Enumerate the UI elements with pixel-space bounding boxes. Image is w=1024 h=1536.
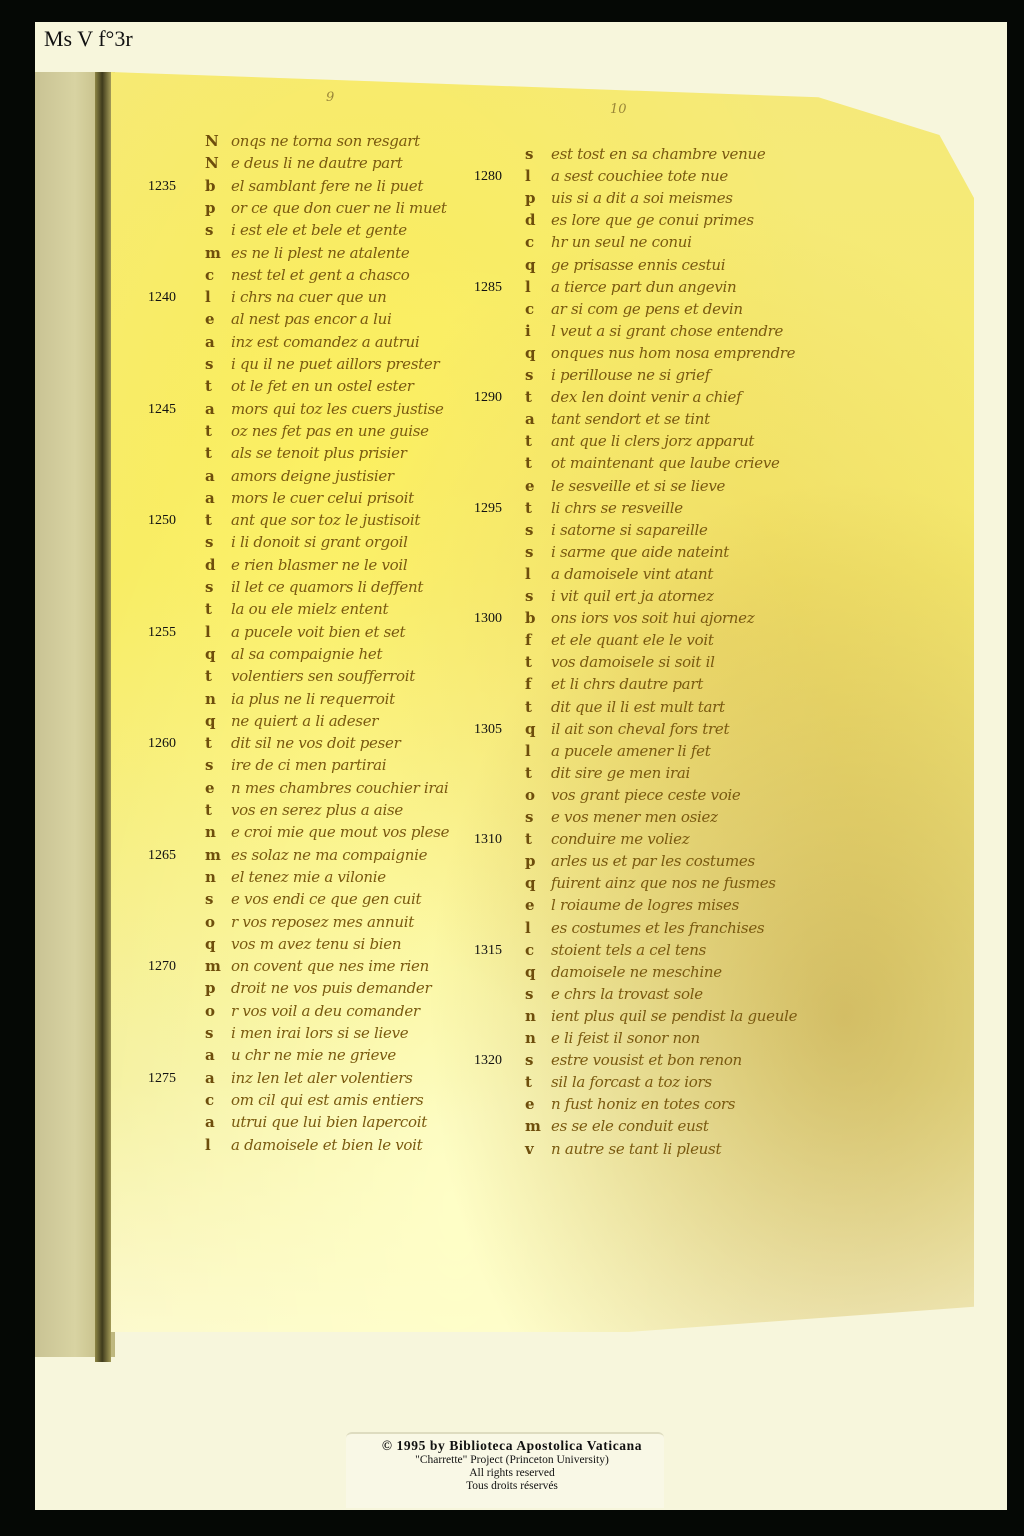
capital-initial: s <box>525 145 551 163</box>
capital-initial: s <box>205 355 231 373</box>
line-number: 1240 <box>148 290 176 306</box>
verse-line: parles us et par les costumes <box>525 852 755 874</box>
verse-text: i est ele et bele et gente <box>231 221 407 239</box>
verse-line: amors le cuer celui prisoit <box>205 489 414 511</box>
verse-line: bel samblant fere ne li puet <box>205 177 423 199</box>
verse-text: vos grant piece ceste voie <box>551 786 741 804</box>
verse-line: il veut a si grant chose entendre <box>525 322 783 344</box>
verse-line: nia plus ne li requerroit <box>205 690 395 712</box>
capital-initial: t <box>205 377 231 395</box>
capital-initial: t <box>525 432 551 450</box>
verse-line: tconduire me voliez <box>525 830 689 852</box>
line-number: 1235 <box>148 179 176 195</box>
capital-initial: d <box>205 556 231 574</box>
verse-line: si vit quil ert ja atornez <box>525 587 714 609</box>
verse-line: se chrs la trovast sole <box>525 985 703 1007</box>
verse-text: n fust honiz en totes cors <box>551 1095 735 1113</box>
column-number-left: 9 <box>326 90 334 105</box>
verse-text: conduire me voliez <box>551 830 689 848</box>
capital-initial: d <box>525 211 551 229</box>
verse-text: la ou ele mielz entent <box>231 600 388 618</box>
capital-initial: s <box>525 808 551 826</box>
verse-line: cstoient tels a cel tens <box>525 941 706 963</box>
verse-line: qil ait son cheval fors tret <box>525 720 729 742</box>
line-number: 1305 <box>474 722 502 738</box>
capital-initial: l <box>205 623 231 641</box>
capital-initial: p <box>525 852 551 870</box>
capital-initial: s <box>205 890 231 908</box>
verse-text: vos en serez plus a aise <box>231 801 403 819</box>
rights-french: Tous droits réservés <box>352 1480 672 1493</box>
capital-initial: q <box>205 935 231 953</box>
capital-initial: n <box>525 1029 551 1047</box>
verse-text: e li feist il sonor non <box>551 1029 700 1047</box>
verse-line: tdit que il li est mult tart <box>525 698 725 720</box>
verse-line: nel tenez mie a vilonie <box>205 868 386 890</box>
capital-initial: v <box>525 1140 551 1158</box>
verse-text: oz nes fet pas en une guise <box>231 422 429 440</box>
verse-line: tals se tenoit plus prisier <box>205 444 407 466</box>
verse-line: ainz est comandez a autrui <box>205 333 419 355</box>
verse-text: hr un seul ne conui <box>551 233 692 251</box>
verse-line: com cil qui est amis entiers <box>205 1091 423 1113</box>
verse-text: n mes chambres couchier irai <box>231 779 448 797</box>
verse-text: onqs ne torna son resgart <box>231 132 420 150</box>
capital-initial: l <box>525 742 551 760</box>
line-number: 1270 <box>148 959 176 975</box>
capital-initial: q <box>205 645 231 663</box>
verse-line: qfuirent ainz que nos ne fusmes <box>525 874 776 896</box>
capital-initial: s <box>205 221 231 239</box>
verse-text: es solaz ne ma compaignie <box>231 846 427 864</box>
verse-text: r vos voil a deu comander <box>231 1002 420 1020</box>
verse-line: nient plus quil se pendist la gueule <box>525 1007 797 1029</box>
capital-initial: m <box>205 957 231 975</box>
capital-initial: f <box>525 631 551 649</box>
capital-initial: s <box>525 521 551 539</box>
verse-text: inz len let aler volentiers <box>231 1069 413 1087</box>
verse-text: ient plus quil se pendist la gueule <box>551 1007 797 1025</box>
verse-text: el tenez mie a vilonie <box>231 868 386 886</box>
verse-text: als se tenoit plus prisier <box>231 444 407 462</box>
verse-text: ot le fet en un ostel ester <box>231 377 414 395</box>
line-number: 1295 <box>474 501 502 517</box>
verse-text: nest tel et gent a chasco <box>231 266 409 284</box>
capital-initial: t <box>205 734 231 752</box>
capital-initial: l <box>525 167 551 185</box>
verse-line: des lore que ge conui primes <box>525 211 754 233</box>
verse-text: a pucele voit bien et set <box>231 623 405 641</box>
line-number: 1260 <box>148 736 176 752</box>
verse-line: tli chrs se resveille <box>525 499 683 521</box>
capital-initial: a <box>205 1069 231 1087</box>
verse-line: Nonqs ne torna son resgart <box>205 132 420 154</box>
verse-line: si est ele et bele et gente <box>205 221 407 243</box>
verse-text: ne quiert a li adeser <box>231 712 378 730</box>
line-number: 1285 <box>474 280 502 296</box>
verse-line: bons iors vos soit hui ajornez <box>525 609 754 631</box>
verse-text: et ele quant ele le voit <box>551 631 714 649</box>
verse-line: la sest couchiee tote nue <box>525 167 728 189</box>
capital-initial: c <box>205 266 231 284</box>
verse-text: a tierce part dun angevin <box>551 278 736 296</box>
verse-text: vos damoisele si soit il <box>551 653 715 671</box>
verse-line: por ce que don cuer ne li muet <box>205 199 447 221</box>
capital-initial: t <box>525 698 551 716</box>
verse-line: sil let ce quamors li deffent <box>205 578 423 600</box>
capital-initial: m <box>205 244 231 262</box>
verse-line: mes ne li plest ne atalente <box>205 244 409 266</box>
verse-text: es costumes et les franchises <box>551 919 764 937</box>
capital-initial: t <box>525 764 551 782</box>
capital-initial: s <box>525 543 551 561</box>
verse-line: tdit sire ge men irai <box>525 764 690 786</box>
verse-text: i perillouse ne si grief <box>551 366 710 384</box>
verse-line: cnest tel et gent a chasco <box>205 266 409 288</box>
verse-line: de rien blasmer ne le voil <box>205 556 407 578</box>
verse-text: es lore que ge conui primes <box>551 211 754 229</box>
verse-line: si men irai lors si se lieve <box>205 1024 408 1046</box>
capital-initial: l <box>525 565 551 583</box>
verse-line: se vos mener men osiez <box>525 808 718 830</box>
capital-initial: m <box>525 1117 551 1135</box>
verse-line: tvos en serez plus a aise <box>205 801 403 823</box>
verse-text: es se ele conduit eust <box>551 1117 709 1135</box>
verse-line: fet ele quant ele le voit <box>525 631 714 653</box>
verse-line: se vos endi ce que gen cuit <box>205 890 421 912</box>
verse-line: sestre vousist et bon renon <box>525 1051 742 1073</box>
verse-line: si qu il ne puet aillors prester <box>205 355 439 377</box>
verse-line: vn autre se tant li pleust <box>525 1140 721 1162</box>
capital-initial: q <box>525 256 551 274</box>
verse-text: utrui que lui bien lapercoit <box>231 1113 427 1131</box>
verse-line: Ne deus li ne dautre part <box>205 154 403 176</box>
verse-text: volentiers sen soufferroit <box>231 667 415 685</box>
capital-initial: l <box>525 278 551 296</box>
verse-text: vos m avez tenu si bien <box>231 935 401 953</box>
line-number: 1275 <box>148 1071 176 1087</box>
capital-initial: t <box>525 499 551 517</box>
verse-text: arles us et par les costumes <box>551 852 755 870</box>
capital-initial: c <box>205 1091 231 1109</box>
verse-text: i vit quil ert ja atornez <box>551 587 714 605</box>
verse-text: e vos endi ce que gen cuit <box>231 890 421 908</box>
verse-line: tot maintenant que laube crieve <box>525 454 780 476</box>
verse-text: e chrs la trovast sole <box>551 985 703 1003</box>
capital-initial: a <box>205 1046 231 1064</box>
capital-initial: t <box>525 653 551 671</box>
capital-initial: s <box>525 1051 551 1069</box>
verse-text: li chrs se resveille <box>551 499 683 517</box>
capital-initial: m <box>205 846 231 864</box>
verse-text: est tost en sa chambre venue <box>551 145 765 163</box>
verse-text: ar si com ge pens et devin <box>551 300 743 318</box>
verse-line: la damoisele et bien le voit <box>205 1136 422 1158</box>
binding-gutter <box>95 72 111 1362</box>
verse-text: a pucele amener li fet <box>551 742 710 760</box>
capital-initial: o <box>525 786 551 804</box>
verse-text: e rien blasmer ne le voil <box>231 556 407 574</box>
verse-line: mes se ele conduit eust <box>525 1117 709 1139</box>
line-number: 1265 <box>148 848 176 864</box>
capital-initial: a <box>205 333 231 351</box>
capital-initial: q <box>205 712 231 730</box>
verse-line: la damoisele vint atant <box>525 565 713 587</box>
verse-line: qne quiert a li adeser <box>205 712 378 734</box>
verse-line: la pucele amener li fet <box>525 742 710 764</box>
line-number: 1255 <box>148 625 176 641</box>
line-number: 1280 <box>474 169 502 185</box>
verse-line: sire de ci men partirai <box>205 756 386 778</box>
verse-line: el roiaume de logres mises <box>525 896 739 918</box>
verse-line: chr un seul ne conui <box>525 233 692 255</box>
verse-text: inz est comandez a autrui <box>231 333 419 351</box>
capital-initial: t <box>205 422 231 440</box>
verse-line: amors qui toz les cuers justise <box>205 400 444 422</box>
verse-text: e vos mener men osiez <box>551 808 718 826</box>
capital-initial: t <box>205 801 231 819</box>
capital-initial: t <box>205 600 231 618</box>
capital-initial: s <box>525 366 551 384</box>
line-number: 1315 <box>474 943 502 959</box>
verse-text: tant sendort et se tint <box>551 410 710 428</box>
project-credit: "Charrette" Project (Princeton Universit… <box>352 1454 672 1467</box>
capital-initial: s <box>525 985 551 1003</box>
verse-text: e deus li ne dautre part <box>231 154 403 172</box>
verse-line: mon covent que nes ime rien <box>205 957 429 979</box>
verse-line: en fust honiz en totes cors <box>525 1095 735 1117</box>
capital-initial: s <box>525 587 551 605</box>
verse-text: al sa compaignie het <box>231 645 382 663</box>
verse-text: el samblant fere ne li puet <box>231 177 423 195</box>
verse-line: sest tost en sa chambre venue <box>525 145 765 167</box>
verse-line: mes solaz ne ma compaignie <box>205 846 427 868</box>
verse-line: aamors deigne justisier <box>205 467 394 489</box>
verse-text: stoient tels a cel tens <box>551 941 706 959</box>
verse-line: pdroit ne vos puis demander <box>205 979 431 1001</box>
verse-line: ne li feist il sonor non <box>525 1029 700 1051</box>
capital-initial: a <box>205 467 231 485</box>
verse-text: amors deigne justisier <box>231 467 394 485</box>
verse-text: il let ce quamors li deffent <box>231 578 423 596</box>
verse-text: i men irai lors si se lieve <box>231 1024 408 1042</box>
capital-initial: e <box>525 477 551 495</box>
verse-text: i sarme que aide nateint <box>551 543 729 561</box>
verse-line: ovos grant piece ceste voie <box>525 786 741 808</box>
verse-line: qvos m avez tenu si bien <box>205 935 401 957</box>
capital-initial: t <box>525 454 551 472</box>
verse-line: si li donoit si grant orgoil <box>205 533 408 555</box>
verse-line: la pucele voit bien et set <box>205 623 405 645</box>
capital-initial: t <box>205 444 231 462</box>
capital-initial: t <box>525 1073 551 1091</box>
verse-text: dex len doint venir a chief <box>551 388 741 406</box>
capital-initial: a <box>205 489 231 507</box>
capital-initial: q <box>525 874 551 892</box>
verse-text: a sest couchiee tote nue <box>551 167 728 185</box>
capital-initial: b <box>205 177 231 195</box>
capital-initial: t <box>525 388 551 406</box>
capital-initial: l <box>525 919 551 937</box>
verse-text: on covent que nes ime rien <box>231 957 429 975</box>
line-number: 1250 <box>148 513 176 529</box>
capital-initial: s <box>205 533 231 551</box>
verse-line: tdex len doint venir a chief <box>525 388 741 410</box>
verse-line: qal sa compaignie het <box>205 645 382 667</box>
verse-text: l roiaume de logres mises <box>551 896 739 914</box>
verse-text: droit ne vos puis demander <box>231 979 431 997</box>
capital-initial: s <box>205 1024 231 1042</box>
copyright-holder: © 1995 by Biblioteca Apostolica Vaticana <box>352 1438 672 1454</box>
verse-text: dit sil ne vos doit peser <box>231 734 400 752</box>
verse-line: les costumes et les franchises <box>525 919 764 941</box>
verse-line: toz nes fet pas en une guise <box>205 422 429 444</box>
verse-text: u chr ne mie ne grieve <box>231 1046 396 1064</box>
capital-initial: N <box>205 154 231 172</box>
verse-text: r vos reposez mes annuit <box>231 913 414 931</box>
verse-text: uis si a dit a soi meismes <box>551 189 733 207</box>
verse-line: tsil la forcast a toz iors <box>525 1073 712 1095</box>
verse-line: ne croi mie que mout vos plese <box>205 823 449 845</box>
capital-initial: p <box>525 189 551 207</box>
verse-text: ons iors vos soit hui ajornez <box>551 609 754 627</box>
verse-line: fet li chrs dautre part <box>525 675 703 697</box>
capital-initial: o <box>205 1002 231 1020</box>
line-number: 1300 <box>474 611 502 627</box>
verse-text: ant que sor toz le justisoit <box>231 511 420 529</box>
verse-text: le sesveille et si se lieve <box>551 477 725 495</box>
verse-line: ainz len let aler volentiers <box>205 1069 413 1091</box>
line-number: 1245 <box>148 402 176 418</box>
verse-text: a damoisele et bien le voit <box>231 1136 422 1154</box>
verse-text: et li chrs dautre part <box>551 675 703 693</box>
rights-english: All rights reserved <box>352 1467 672 1480</box>
verse-line: tla ou ele mielz entent <box>205 600 388 622</box>
verse-line: atant sendort et se tint <box>525 410 710 432</box>
capital-initial: s <box>205 756 231 774</box>
capital-initial: N <box>205 132 231 150</box>
capital-initial: p <box>205 199 231 217</box>
verse-line: eal nest pas encor a lui <box>205 310 392 332</box>
verse-line: ele sesveille et si se lieve <box>525 477 725 499</box>
copyright-notice: © 1995 by Biblioteca Apostolica Vaticana… <box>352 1438 672 1493</box>
capital-initial: e <box>205 779 231 797</box>
capital-initial: p <box>205 979 231 997</box>
capital-initial: e <box>525 1095 551 1113</box>
capital-initial: a <box>205 1113 231 1131</box>
verse-line: autrui que lui bien lapercoit <box>205 1113 427 1135</box>
verse-line: or vos reposez mes annuit <box>205 913 414 935</box>
verse-text: dit sire ge men irai <box>551 764 690 782</box>
verse-text: damoisele ne meschine <box>551 963 722 981</box>
verse-text: estre vousist et bon renon <box>551 1051 742 1069</box>
capital-initial: q <box>525 344 551 362</box>
verse-line: si perillouse ne si grief <box>525 366 710 388</box>
verse-line: tvos damoisele si soit il <box>525 653 715 675</box>
verse-line: qonques nus hom nosa emprendre <box>525 344 795 366</box>
capital-initial: l <box>205 1136 231 1154</box>
capital-initial: s <box>205 578 231 596</box>
verse-text: il ait son cheval fors tret <box>551 720 729 738</box>
verse-line: car si com ge pens et devin <box>525 300 743 322</box>
verse-text: mors le cuer celui prisoit <box>231 489 414 507</box>
capital-initial: o <box>205 913 231 931</box>
capital-initial: e <box>205 310 231 328</box>
capital-initial: t <box>525 830 551 848</box>
column-number-right: 10 <box>610 102 627 117</box>
verse-text: or ce que don cuer ne li muet <box>231 199 447 217</box>
capital-initial: n <box>205 868 231 886</box>
verse-text: ge prisasse ennis cestui <box>551 256 725 274</box>
verse-text: n autre se tant li pleust <box>551 1140 721 1158</box>
verse-text: i li donoit si grant orgoil <box>231 533 408 551</box>
verse-text: e croi mie que mout vos plese <box>231 823 449 841</box>
verse-text: om cil qui est amis entiers <box>231 1091 423 1109</box>
capital-initial: c <box>525 941 551 959</box>
verse-line: si satorne si sapareille <box>525 521 708 543</box>
verse-line: la tierce part dun angevin <box>525 278 736 300</box>
verse-line: tvolentiers sen soufferroit <box>205 667 415 689</box>
verse-line: au chr ne mie ne grieve <box>205 1046 396 1068</box>
verse-text: ant que li clers jorz apparut <box>551 432 754 450</box>
capital-initial: i <box>525 322 551 340</box>
verse-text: ia plus ne li requerroit <box>231 690 395 708</box>
verse-line: si sarme que aide nateint <box>525 543 729 565</box>
verse-line: tot le fet en un ostel ester <box>205 377 414 399</box>
capital-initial: c <box>525 300 551 318</box>
verse-line: puis si a dit a soi meismes <box>525 189 733 211</box>
verse-text: mors qui toz les cuers justise <box>231 400 444 418</box>
line-number: 1320 <box>474 1053 502 1069</box>
verse-text: sil la forcast a toz iors <box>551 1073 712 1091</box>
capital-initial: a <box>525 410 551 428</box>
verse-text: dit que il li est mult tart <box>551 698 725 716</box>
verse-text: es ne li plest ne atalente <box>231 244 409 262</box>
verse-line: qge prisasse ennis cestui <box>525 256 725 278</box>
capital-initial: e <box>525 896 551 914</box>
capital-initial: c <box>525 233 551 251</box>
verse-line: en mes chambres couchier irai <box>205 779 448 801</box>
capital-initial: t <box>205 667 231 685</box>
verse-text: fuirent ainz que nos ne fusmes <box>551 874 776 892</box>
capital-initial: q <box>525 720 551 738</box>
capital-initial: q <box>525 963 551 981</box>
capital-initial: b <box>525 609 551 627</box>
capital-initial: f <box>525 675 551 693</box>
verse-text: ire de ci men partirai <box>231 756 386 774</box>
capital-initial: t <box>205 511 231 529</box>
verse-text: i satorne si sapareille <box>551 521 708 539</box>
verse-line: li chrs na cuer que un <box>205 288 386 310</box>
line-number: 1290 <box>474 390 502 406</box>
capital-initial: n <box>205 823 231 841</box>
capital-initial: l <box>205 288 231 306</box>
verse-text: l veut a si grant chose entendre <box>551 322 783 340</box>
manuscript-label: Ms V f°3r <box>44 26 133 52</box>
verse-text: ot maintenant que laube crieve <box>551 454 780 472</box>
verse-text: i qu il ne puet aillors prester <box>231 355 439 373</box>
capital-initial: n <box>525 1007 551 1025</box>
verse-line: qdamoisele ne meschine <box>525 963 722 985</box>
verse-text: a damoisele vint atant <box>551 565 713 583</box>
verse-text: al nest pas encor a lui <box>231 310 392 328</box>
verse-line: tdit sil ne vos doit peser <box>205 734 400 756</box>
line-number: 1310 <box>474 832 502 848</box>
verse-text: i chrs na cuer que un <box>231 288 386 306</box>
capital-initial: n <box>205 690 231 708</box>
verse-line: tant que li clers jorz apparut <box>525 432 754 454</box>
capital-initial: a <box>205 400 231 418</box>
